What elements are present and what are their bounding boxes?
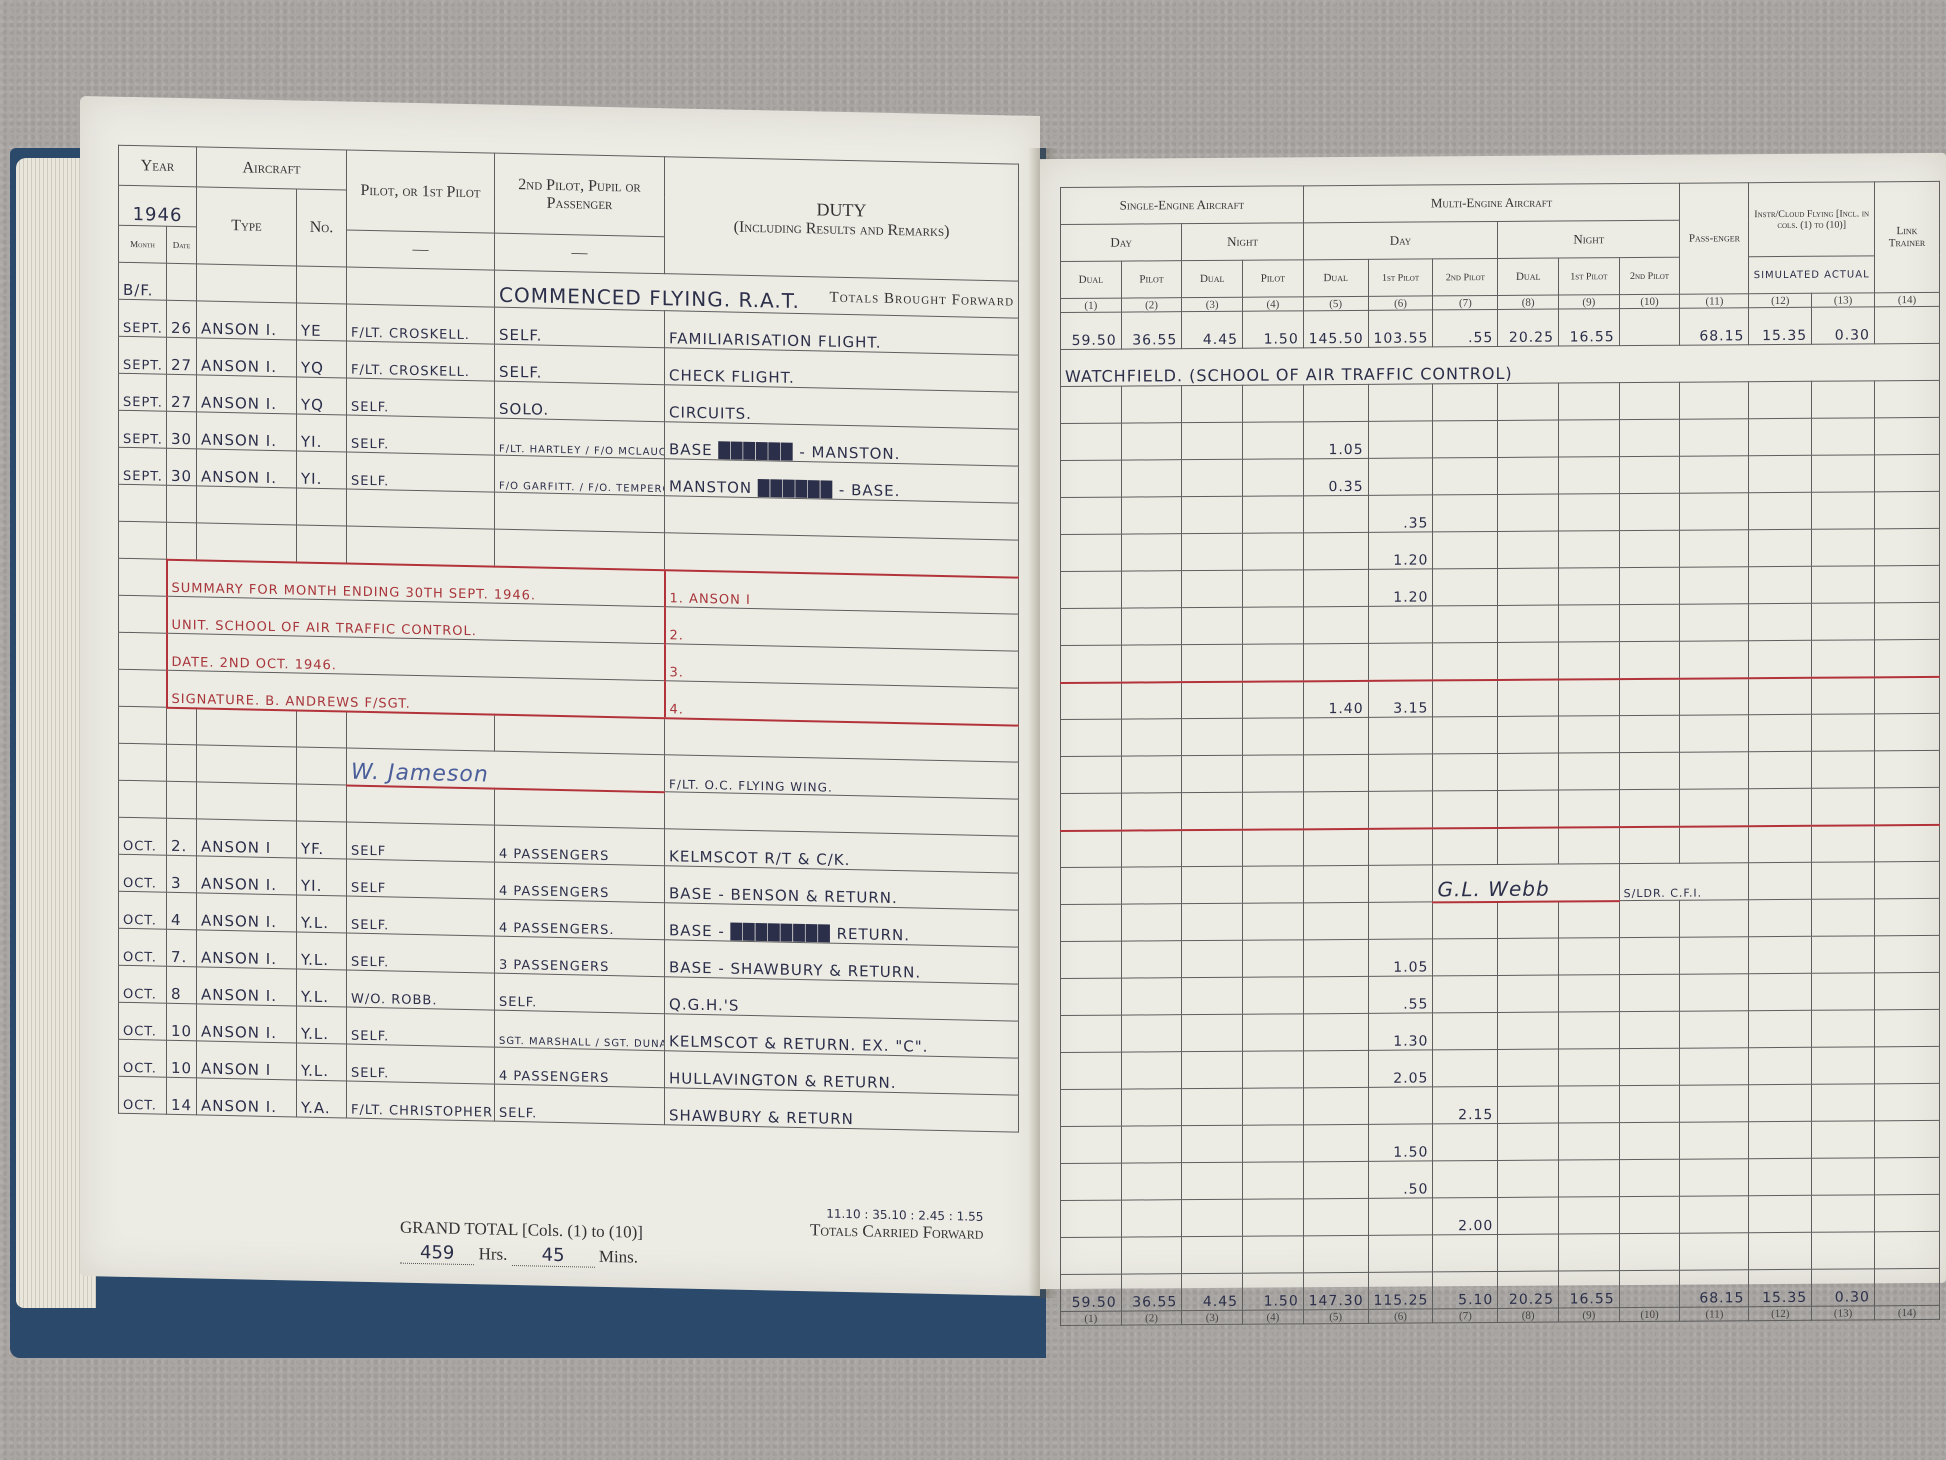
entry-col6 — [1368, 1087, 1433, 1124]
entry-col2 — [1121, 460, 1182, 497]
summary-col9 — [1559, 679, 1620, 716]
summary-col4 — [1243, 681, 1304, 718]
entry-col6: .35 — [1368, 495, 1433, 532]
duty-header: DUTY (Including Results and Remarks) — [665, 157, 1019, 281]
entry-col6: .50 — [1368, 1161, 1433, 1198]
entry-col6: 1.20 — [1368, 569, 1433, 606]
entry-pilot: SELF — [347, 859, 495, 899]
entry-col12 — [1749, 1121, 1812, 1158]
table-row: 2.00 — [1061, 1194, 1940, 1237]
entry-aircraft-no: YQ — [297, 340, 347, 378]
column-number-1: (1) — [1061, 298, 1122, 312]
entry-aircraft-type: ANSON I. — [197, 412, 297, 451]
blank-cell — [1182, 866, 1243, 903]
entry-second-pilot: SELF. — [495, 307, 665, 348]
entry-col13 — [1812, 1047, 1875, 1084]
entry-col6 — [1368, 1198, 1433, 1235]
entry-col3 — [1182, 1199, 1243, 1236]
entry-col5 — [1303, 1013, 1368, 1050]
column-number-13: (13) — [1812, 1306, 1875, 1320]
blank-cell — [1182, 755, 1243, 792]
blank-cell — [1368, 717, 1433, 754]
column-number-8: (8) — [1498, 295, 1559, 309]
entry-aircraft-no: YI. — [297, 451, 347, 489]
blank-cell — [1303, 717, 1368, 754]
blank-cell — [1368, 865, 1433, 902]
blank-cell — [1303, 384, 1368, 421]
column-number-11: (11) — [1680, 294, 1749, 308]
blank-cell — [1498, 716, 1559, 753]
blank-cell — [1061, 1237, 1122, 1274]
entry-month: OCT. — [119, 854, 167, 892]
entry-col10 — [1619, 1085, 1680, 1122]
blank-cell — [1121, 867, 1182, 904]
type-header: Type — [197, 187, 297, 266]
column-number-9: (9) — [1559, 295, 1620, 309]
carried-forward-col5: 147.30 — [1303, 1272, 1368, 1309]
entry-col13 — [1812, 492, 1875, 529]
blank-cell — [119, 558, 167, 596]
entry-second-pilot: 4 PASSENGERS. — [495, 899, 665, 940]
blank-cell — [1498, 1234, 1559, 1271]
entry-pilot: F/LT. CROSKELL. — [347, 304, 495, 344]
carried-forward-col11: 68.15 — [1680, 1270, 1749, 1307]
blank-row — [1061, 639, 1940, 682]
entry-month: OCT. — [119, 817, 167, 855]
entry-date: 4 — [167, 892, 197, 930]
column-number-1: (1) — [1061, 1311, 1122, 1325]
entry-col11 — [1680, 493, 1749, 530]
me-night-header: Night — [1498, 220, 1680, 258]
entry-col1 — [1061, 1163, 1122, 1200]
carried-forward-col14 — [1874, 1268, 1939, 1305]
entry-col8 — [1498, 1123, 1559, 1160]
entry-aircraft-type: ANSON I. — [197, 1078, 297, 1117]
blank-cell — [1874, 1231, 1939, 1268]
blank-cell — [1303, 754, 1368, 791]
entry-aircraft-no: Y.L. — [297, 1006, 347, 1044]
entry-col4 — [1243, 940, 1304, 977]
entry-col5 — [1303, 532, 1368, 569]
entry-col6: 1.05 — [1368, 939, 1433, 976]
blank-cell — [1619, 382, 1680, 419]
entry-col2 — [1121, 1015, 1182, 1052]
blank-cell — [1368, 902, 1433, 939]
entry-col11 — [1680, 530, 1749, 567]
entry-col10 — [1619, 1122, 1680, 1159]
blank-cell — [1121, 830, 1182, 867]
carried-forward-col6: 115.25 — [1368, 1272, 1433, 1309]
entry-aircraft-type: ANSON I — [197, 1041, 297, 1080]
entry-col10 — [1619, 1196, 1680, 1233]
blank-cell — [297, 525, 347, 563]
blank-cell — [167, 781, 197, 819]
entry-col13 — [1812, 973, 1875, 1010]
blank-cell — [347, 489, 495, 529]
entry-col4 — [1243, 533, 1304, 570]
blank-cell — [1874, 602, 1939, 639]
entry-col12 — [1749, 566, 1812, 603]
entry-aircraft-type: ANSON I. — [197, 449, 297, 488]
entry-pilot: SELF. — [347, 378, 495, 418]
entry-month: SEPT. — [119, 373, 167, 411]
entry-col7 — [1433, 1123, 1498, 1160]
entry-pilot: SELF. — [347, 896, 495, 936]
entry-col2 — [1121, 1052, 1182, 1089]
cfi-signature-row: G.L. WebbS/LDR. C.F.I. — [1061, 861, 1940, 904]
entry-col8 — [1498, 531, 1559, 568]
blank-cell — [1182, 385, 1243, 422]
entry-col8 — [1498, 1160, 1559, 1197]
summary-col3 — [1182, 681, 1243, 718]
entry-col12 — [1749, 1084, 1812, 1121]
entry-col5 — [1303, 939, 1368, 976]
entry-pilot: SELF. — [347, 1007, 495, 1047]
entry-col13 — [1812, 455, 1875, 492]
blank-cell — [495, 492, 665, 533]
totals-carried-forward-label: Totals Carried Forward — [810, 1220, 983, 1244]
entry-col3 — [1182, 459, 1243, 496]
blank-cell — [1243, 607, 1304, 644]
entry-col14 — [1874, 1009, 1939, 1046]
blank-cell — [1749, 862, 1812, 899]
blank-cell — [1874, 639, 1939, 676]
col7-header: 2nd Pilot — [1433, 258, 1498, 295]
table-row: 1.20 — [1061, 565, 1940, 608]
brought-forward-col12: 15.35 — [1749, 307, 1812, 344]
blank-cell — [1121, 1237, 1182, 1274]
entry-col5 — [1303, 1198, 1368, 1235]
instr-simulated-actual: SIMULATED ACTUAL — [1749, 256, 1875, 294]
entry-date: 3 — [167, 855, 197, 893]
summary-col2 — [1121, 682, 1182, 719]
blank-cell — [1680, 826, 1749, 863]
entry-month: OCT. — [119, 965, 167, 1003]
carried-forward-col4: 1.50 — [1243, 1273, 1304, 1310]
blank-cell — [1243, 1236, 1304, 1273]
summary-col7 — [1433, 679, 1498, 716]
blank-row — [1061, 898, 1940, 941]
blank-cell — [1498, 753, 1559, 790]
blank-cell — [347, 711, 495, 751]
entry-aircraft-type: ANSON I — [197, 819, 297, 858]
summary-col5: 1.40 — [1303, 680, 1368, 717]
entry-col8 — [1498, 1049, 1559, 1086]
entry-col11 — [1680, 419, 1749, 456]
blank-row — [1061, 380, 1940, 423]
entry-col2 — [1121, 1200, 1182, 1237]
entry-col8 — [1498, 1197, 1559, 1234]
blank-cell — [1749, 1232, 1812, 1269]
blank-cell — [197, 745, 297, 784]
blank-cell — [1680, 641, 1749, 678]
carried-forward-col1: 59.50 — [1061, 1274, 1122, 1311]
blank-cell — [1433, 716, 1498, 753]
entry-second-pilot: F/LT. HARTLEY / F/O McLAUCHLAN — [495, 418, 665, 459]
blank-cell — [1303, 606, 1368, 643]
blank-cell — [1680, 752, 1749, 789]
brought-forward-col2: 36.55 — [1121, 312, 1182, 349]
blank-cell — [1243, 718, 1304, 755]
table-row: 1.05 — [1061, 417, 1940, 460]
entry-col7: 2.15 — [1433, 1086, 1498, 1123]
entry-pilot: F/LT. CROSKELL. — [347, 341, 495, 381]
blank-cell — [1368, 1235, 1433, 1272]
entry-col3 — [1182, 1125, 1243, 1162]
entry-aircraft-no: YI. — [297, 414, 347, 452]
entry-col7 — [1433, 1049, 1498, 1086]
entry-col3 — [1182, 1051, 1243, 1088]
blank-cell — [1121, 386, 1182, 423]
entry-month: SEPT. — [119, 410, 167, 448]
entry-col7 — [1433, 494, 1498, 531]
blank-cell — [1559, 642, 1620, 679]
blank-cell — [1680, 789, 1749, 826]
entry-col2 — [1121, 534, 1182, 571]
entry-col14 — [1874, 454, 1939, 491]
blank-cell — [1243, 829, 1304, 866]
unit-note: WATCHFIELD. (SCHOOL OF AIR TRAFFIC CONTR… — [1061, 343, 1940, 386]
blank-cell — [1243, 644, 1304, 681]
entry-col8 — [1498, 494, 1559, 531]
entry-col2 — [1121, 571, 1182, 608]
hours-label: Hrs. — [479, 1244, 508, 1264]
entry-col9 — [1559, 531, 1620, 568]
blank-cell — [1368, 643, 1433, 680]
blank-cell — [119, 780, 167, 818]
pilot-dash: — — [347, 230, 495, 270]
blank-cell — [495, 529, 665, 570]
entry-col3 — [1182, 570, 1243, 607]
month-header: Month — [119, 225, 167, 263]
entry-col12 — [1749, 529, 1812, 566]
me-day-header: Day — [1303, 221, 1498, 259]
entry-aircraft-no: YF. — [297, 821, 347, 859]
entry-col7 — [1433, 1012, 1498, 1049]
entry-col13 — [1812, 418, 1875, 455]
blank-cell — [1433, 790, 1498, 827]
entry-col7 — [1433, 975, 1498, 1012]
blank-cell — [1749, 825, 1812, 862]
carried-forward-col7: 5.10 — [1433, 1271, 1498, 1308]
col1-header: Dual — [1061, 261, 1122, 298]
entry-col14 — [1874, 1083, 1939, 1120]
entry-date: 30 — [167, 411, 197, 449]
entry-second-pilot: SOLO. — [495, 381, 665, 422]
blank-cell — [1368, 754, 1433, 791]
table-row: .35 — [1061, 491, 1940, 534]
entry-col2 — [1121, 1089, 1182, 1126]
entry-col13 — [1812, 529, 1875, 566]
entry-col2 — [1121, 423, 1182, 460]
column-number-9: (9) — [1559, 1308, 1620, 1322]
entry-col10 — [1619, 493, 1680, 530]
entry-col10 — [1619, 974, 1680, 1011]
blank-cell — [1498, 901, 1559, 938]
blank-cell — [1061, 608, 1122, 645]
blank-cell — [1368, 828, 1433, 865]
grand-total-label: GRAND TOTAL [Cols. (1) to (10)] — [400, 1218, 643, 1243]
blank-cell — [119, 706, 167, 744]
column-number-7: (7) — [1433, 1308, 1498, 1322]
entry-col12 — [1749, 1047, 1812, 1084]
entry-col7 — [1433, 457, 1498, 494]
entry-col3 — [1182, 422, 1243, 459]
table-row: 1.20 — [1061, 528, 1940, 571]
entry-col6 — [1368, 421, 1433, 458]
entry-col10 — [1619, 1159, 1680, 1196]
entry-col14 — [1874, 417, 1939, 454]
entry-col1 — [1061, 1015, 1122, 1052]
logbook: Year Aircraft Pilot, or 1st Pilot 2nd Pi… — [10, 78, 1946, 1288]
entry-aircraft-no: Y.L. — [297, 932, 347, 970]
year-value: 1946 — [119, 185, 197, 227]
entry-col1 — [1061, 1126, 1122, 1163]
blank-cell — [1433, 901, 1498, 938]
link-trainer-header: Link Trainer — [1874, 181, 1939, 292]
entry-col5 — [1303, 1050, 1368, 1087]
passenger-header: Pass-enger — [1680, 183, 1749, 294]
table-row: .55 — [1061, 972, 1940, 1015]
entry-month: SEPT. — [119, 299, 167, 337]
entry-col11 — [1680, 974, 1749, 1011]
brought-forward-col1: 59.50 — [1061, 312, 1122, 349]
entry-col10 — [1619, 1048, 1680, 1085]
entry-col5 — [1303, 976, 1368, 1013]
blank-cell — [1121, 645, 1182, 682]
column-number-4: (4) — [1243, 1310, 1304, 1324]
column-number-11: (11) — [1680, 1307, 1749, 1321]
entry-col14 — [1874, 528, 1939, 565]
blank-cell — [1243, 792, 1304, 829]
entry-col6 — [1368, 458, 1433, 495]
column-number-13: (13) — [1812, 293, 1875, 307]
october-entries: OCT.2.ANSON IYF.SELF4 PASSENGERSKELMSCOT… — [119, 817, 1019, 1132]
table-row: 1.30 — [1061, 1009, 1940, 1052]
entry-col13 — [1812, 566, 1875, 603]
entry-col3 — [1182, 1088, 1243, 1125]
blank-cell — [1303, 791, 1368, 828]
entry-col11 — [1680, 1159, 1749, 1196]
entry-col6: 1.30 — [1368, 1013, 1433, 1050]
entry-pilot: SELF. — [347, 1044, 495, 1084]
brought-forward-col8: 20.25 — [1498, 309, 1559, 346]
entry-aircraft-no: YI. — [297, 858, 347, 896]
entry-aircraft-type: ANSON I. — [197, 930, 297, 969]
blank-cell — [1498, 827, 1559, 864]
col5-header: Dual — [1303, 259, 1368, 296]
right-log-table: Single-Engine Aircraft Multi-Engine Airc… — [1060, 181, 1940, 1326]
column-number-5: (5) — [1303, 1309, 1368, 1323]
entry-col9 — [1559, 1012, 1620, 1049]
grand-total-mins: 45 — [512, 1244, 595, 1268]
entry-aircraft-no: Y.L. — [297, 969, 347, 1007]
blank-cell — [197, 782, 297, 821]
blank-cell — [1061, 719, 1122, 756]
brought-forward-col4: 1.50 — [1243, 311, 1304, 348]
blank-cell — [1498, 383, 1559, 420]
summary-col10 — [1619, 678, 1680, 715]
entry-col9 — [1559, 568, 1620, 605]
entry-aircraft-type: ANSON I. — [197, 338, 297, 377]
aircraft-header: Aircraft — [197, 147, 347, 190]
blank-cell — [1303, 1235, 1368, 1272]
left-page: Year Aircraft Pilot, or 1st Pilot 2nd Pi… — [80, 96, 1040, 1296]
carried-forward-col8: 20.25 — [1498, 1271, 1559, 1308]
blank-cell — [1243, 755, 1304, 792]
entry-col9 — [1559, 1049, 1620, 1086]
entry-month: SEPT. — [119, 447, 167, 485]
blank-cell — [1303, 643, 1368, 680]
blank-cell — [1243, 385, 1304, 422]
blank-row — [1061, 713, 1940, 756]
entry-col5: 0.35 — [1303, 458, 1368, 495]
entry-col4 — [1243, 1125, 1304, 1162]
blank-cell — [495, 788, 665, 829]
entry-col9 — [1559, 457, 1620, 494]
col10-header: 2nd Pilot — [1619, 257, 1680, 294]
entry-col3 — [1182, 1014, 1243, 1051]
entry-col1 — [1061, 978, 1122, 1015]
blank-cell — [1812, 899, 1875, 936]
blank-cell — [495, 714, 665, 755]
entry-col13 — [1812, 1121, 1875, 1158]
blank-cell — [1243, 866, 1304, 903]
blank-cell — [1874, 898, 1939, 935]
entry-month: OCT. — [119, 891, 167, 929]
col6-header: 1st Pilot — [1368, 259, 1433, 296]
summary-col8 — [1498, 679, 1559, 716]
blank-cell — [167, 485, 197, 523]
entry-col1 — [1061, 1200, 1122, 1237]
entry-col8 — [1498, 1086, 1559, 1123]
entry-col4 — [1243, 1088, 1304, 1125]
entry-col9 — [1559, 1086, 1620, 1123]
entry-col11 — [1680, 1196, 1749, 1233]
entry-pilot: W/O. ROBB. — [347, 970, 495, 1010]
entry-aircraft-type: ANSON I. — [197, 856, 297, 895]
blank-cell — [1559, 753, 1620, 790]
blank-cell — [1559, 901, 1620, 938]
brought-forward-row: 59.5036.554.451.50145.50103.55.5520.2516… — [1061, 306, 1940, 349]
entry-col2 — [1121, 1126, 1182, 1163]
entry-col13 — [1812, 1158, 1875, 1195]
entry-col4 — [1243, 1162, 1304, 1199]
col4-header: Pilot — [1243, 260, 1304, 297]
column-number-3: (3) — [1182, 1310, 1243, 1324]
entry-col13 — [1812, 1084, 1875, 1121]
blank-cell — [1433, 605, 1498, 642]
entry-col14 — [1874, 972, 1939, 1009]
entry-col7 — [1433, 420, 1498, 457]
entry-col4 — [1243, 1199, 1304, 1236]
multi-engine-header: Multi-Engine Aircraft — [1303, 183, 1680, 223]
entry-month: SEPT. — [119, 336, 167, 374]
entry-col11 — [1680, 937, 1749, 974]
entry-second-pilot: F/O GARFITT. / F/O. TEMPERO. — [495, 455, 665, 496]
col8-header: Dual — [1498, 258, 1559, 295]
entry-col7 — [1433, 531, 1498, 568]
entry-second-pilot: 4 PASSENGERS — [495, 825, 665, 866]
blank-cell — [1121, 719, 1182, 756]
entry-aircraft-no: Y.L. — [297, 1043, 347, 1081]
entry-col1 — [1061, 1089, 1122, 1126]
blank-cell — [1619, 826, 1680, 863]
blank-cell — [1559, 605, 1620, 642]
summary-col12 — [1749, 677, 1812, 714]
brought-forward-col14 — [1874, 306, 1939, 343]
table-row: 1.05 — [1061, 935, 1940, 978]
